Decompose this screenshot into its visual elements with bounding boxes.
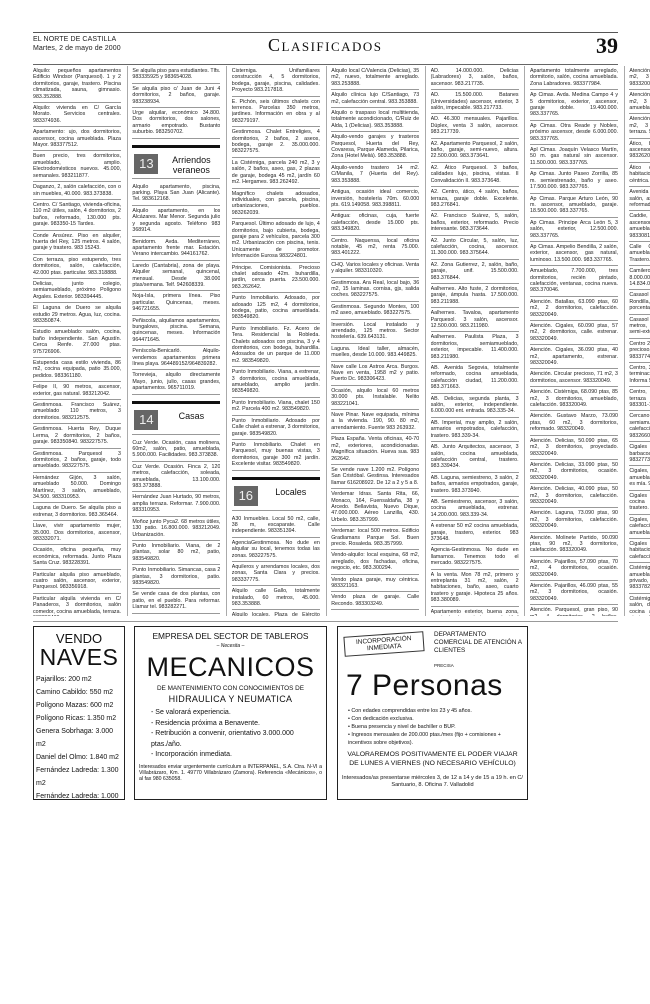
classified-ad: Alquilo apartamento, piscina, parking. P…	[132, 182, 220, 206]
header-masthead: EL NORTE DE CASTILLA Martes, 2 de mayo d…	[33, 35, 121, 53]
classified-ad: A2. Francisco Suárez, 5, salón, baños, e…	[431, 211, 519, 235]
classified-ad: Daganzo, 2, salón calefacción, con o sin…	[33, 182, 121, 200]
classified-ad: Aquileros y arrendamos locales, dos zona…	[232, 562, 320, 586]
classified-ad: Punto Inmobiliario. Adosado, por adosado…	[232, 293, 320, 324]
classified-ad: Punto Inmobiliario. Fz. Acero de Tera. R…	[232, 324, 320, 367]
classified-ad: Atención. Cigales, 36.090 ptas, 40 m2, a…	[530, 345, 618, 369]
section-header: 14Casas	[132, 401, 220, 435]
classified-ad: Apartamento totalmente arreglado, dormit…	[530, 66, 618, 90]
classified-ad: Cigales, 70 m2, 3 salón, cocina amueblad…	[629, 466, 650, 490]
naves-list-item: Fernández Ladreda: 1.300 m2	[36, 764, 124, 790]
classified-ad: Alquilo calle Gallo, totalmente instalad…	[232, 586, 320, 610]
classified-ad: Ocasión, oficina pequeña, muy económica,…	[33, 545, 121, 569]
classified-ad: Se alquila piso c/ Juan de Juni 4 dormit…	[132, 84, 220, 108]
classified-ad: Buen precio, tres dormitorios, amueblado…	[33, 151, 121, 182]
classified-ad: Atención. Laguna, 73.090 ptas, 90 m2, 3 …	[530, 508, 618, 532]
classified-ad: Laguna. Ideal taller, almacén, muelles, …	[331, 344, 419, 362]
classified-ad: Atención. Delicias, 33.090 ptas, 50 m2, …	[530, 460, 618, 484]
classified-ad: A2. Apartamento Parquesol, 2 salón, baño…	[431, 139, 519, 163]
classified-ad: Ap Cimas. Ampelio Bendilla, 2 salón, ext…	[530, 242, 618, 266]
personas-requirement: • Con edades comprendidas entre los 23 y…	[348, 707, 523, 715]
classified-ad: Ocasión, alquilo local 60 metros 30.000 …	[331, 386, 419, 410]
classified-ad: Apartamento exterior, buena zona, garaje…	[431, 607, 519, 616]
classified-ad: Se vende casa de dos plantas, con patio,…	[132, 589, 220, 613]
classified-ad: Atención. Circular precioso, 71 m2, 3 do…	[530, 369, 618, 387]
column-separator	[524, 66, 525, 616]
classified-ad: Alquilo apartamento, en los Alcázares. M…	[132, 206, 220, 237]
classified-ad: Punto Inmobiliario. Viana, chalet 150 m2…	[232, 398, 320, 416]
classified-ad: Ático, buena zona, calefacción, ascensor…	[629, 139, 650, 163]
classified-ad: Antigua, ocasión ideal comercio, inversi…	[331, 187, 419, 211]
classified-ad: Noja-Isla, primera línea. Piso particula…	[132, 291, 220, 315]
classified-ad: Estudio amueblado: salón, cocina, baño i…	[33, 327, 121, 358]
classified-ad: Punto Inmobiliario. Adosado por Calle ch…	[232, 416, 320, 440]
header-divider	[33, 64, 618, 65]
classified-ad: Felipe II, 90 metros, ascensor, exterior…	[33, 382, 121, 400]
page-header: EL NORTE DE CASTILLA Martes, 2 de mayo d…	[33, 32, 618, 64]
classified-ad: Punto Inmobiliario. Chalet en Parquesol,…	[232, 440, 320, 471]
classified-ad: Peñiscola, alquilamos apartamentos, bung…	[132, 316, 220, 347]
classified-ad: Se alquila piso para estudiantes. Tlfs. …	[132, 66, 220, 84]
classified-ad: Alquilo-vendo garajes y trasteros Parque…	[331, 132, 419, 163]
classified-ad: Gestinmosa. Segundo Montes, 100 m2 aseo,…	[331, 302, 419, 320]
section-header: 13Arriendos veraneos	[132, 145, 220, 179]
classified-ad: Atención. Batallas, 63.090 ptas, 60 m2, …	[530, 297, 618, 321]
classified-ad: Ático dúplex 17.400.000, tres habitacion…	[629, 163, 650, 187]
classified-ad: Atención. Delicias, 50.090 ptas, 65 m2, …	[530, 436, 618, 460]
personas-valoraremos: VALORAREMOS POSITIVAMENTE EL PODER VIAJA…	[342, 751, 523, 768]
classified-ad: Conde Ansúrez. Piso en alquiler, huerta …	[33, 231, 121, 255]
classified-ad: Alquilo: pequeños apartamentos Edificio …	[33, 66, 121, 103]
classified-ad: Nave calle Los Astros Arca. Burgos. Nave…	[331, 362, 419, 386]
mecanicos-needs: – Necesita –	[135, 643, 326, 649]
classified-ad: Centro, 3, salón, 80 m2, baño, aseo, ter…	[629, 363, 650, 387]
classified-ad: Atención. Delicias, 40.090 ptas, 50 m2, …	[530, 484, 618, 508]
mecanicos-footer: Interesados enviar urgentemente currícul…	[135, 761, 326, 783]
classified-ad: Cuz Verde. Ocasión, casa molinera, 60m2,…	[132, 438, 220, 462]
naves-list-item: Pajarillos: 200 m2	[36, 673, 124, 686]
section-number: 13	[134, 154, 158, 174]
classified-ad: Ap Cimas. Principe Arca León 5, 3 salón,…	[530, 218, 618, 242]
section-name: Casas	[162, 411, 220, 421]
naves-list-item: Camino Cabildo: 550 m2	[36, 686, 124, 699]
classified-ad: Centro 26.900.000, ocasión, exterior, pr…	[629, 339, 650, 363]
classified-ad: A2. Zona Gutierrez, 2, salón, baño, gara…	[431, 260, 519, 284]
classified-ad: Principe. Comisionista. Precioso chalet …	[232, 263, 320, 294]
classified-ad: Vendo-alquilo: local esquina, 68 m2, arr…	[331, 550, 419, 574]
classified-ad: Punto Inmobiliario. Viana, a estrenar, 3…	[232, 367, 320, 398]
ads-divider	[33, 621, 618, 622]
classified-ad: Plaza España. Venta oficinas, 40-70 m2, …	[331, 434, 419, 465]
classified-ad: Vendo plaza garaje, muy céntrica. 983321…	[331, 575, 419, 593]
mecanicos-requirement: - Se valorará experiencia.	[151, 708, 326, 719]
column-separator	[326, 66, 327, 616]
naves-list-item: Polígono Ricas: 1.350 m2	[36, 712, 124, 725]
naves-list-item: Genera Sobrhaga: 3.000 m2	[36, 725, 124, 751]
classified-ad: AB. Delicias, segunda planta, 3 salón, e…	[431, 394, 519, 418]
classified-ad: Benidorm. Avda. Mediterráneo, apartament…	[132, 237, 220, 261]
classified-ad: Ap Cimas. Junto Paseo Zorrilla, 85 m. se…	[530, 169, 618, 193]
classified-ad: Amueblado, 7.700.000, tres dormitorios, …	[530, 266, 618, 297]
classified-ad: Torrevieja, alquilo directamente Mayo, j…	[132, 370, 220, 394]
classified-ad: Hernández Juan Hurtado, 90 metros, ampli…	[132, 492, 220, 516]
classified-ad: Urge alquilar, económico 34.800. Dos dor…	[132, 108, 220, 139]
classified-ad: Peníscola-Benicarló. Alquilo-vendemos ap…	[132, 346, 220, 370]
classified-ad: AD. 46.300 mensuales. Pajarillos. Dúplex…	[431, 114, 519, 138]
classified-ad: A estrenar 50 m2 cocina amueblada, garaj…	[431, 521, 519, 545]
classified-ad: Ap Cimas. Parque Arturo León, 90 m. asce…	[530, 194, 618, 218]
classified-ad: Gestinmosa. Parquesol 3 dormitorios, 2 b…	[33, 449, 121, 473]
personas-requirement: • Buena presencia y nivel de bachiller o…	[348, 723, 523, 731]
classified-ad: Alquilo-vendo trastero 14 m2. C/Manila, …	[331, 163, 419, 187]
classified-ad: AD. 15.500.000. Batanes (Universidades) …	[431, 90, 519, 114]
column-6: Apartamento totalmente arreglado, dormit…	[530, 66, 618, 616]
classified-ad: CHQ. Varios locales y oficinas. Venta y …	[331, 260, 419, 278]
classified-ad: Avenida Segovia, 8.000.000, 3, salón, as…	[629, 187, 650, 211]
classified-ad: Cercano Plaza Colón, 3 dormitorios, semi…	[629, 411, 650, 442]
classified-ad: Gestinmosa. Ara Real, local bajo, 36 m2,…	[331, 278, 419, 302]
classified-ad: Verdemar Idras. Santa Rita, 66, Monaco, …	[331, 489, 419, 526]
classified-ad: Cigales 6.000.000, piscina, jardín, barb…	[629, 442, 650, 466]
classified-ad: Atención. Pajarillos, 57.090 ptas, 70 m2…	[530, 557, 618, 581]
classified-ad: Centro. Naquensa, local oficina notable,…	[331, 236, 419, 260]
ad-7-personas: INCORPORACIÓN INMEDIATA DEPARTAMENTO COM…	[337, 626, 528, 800]
classified-ad: Cigales 5.000.000. Dos dormitorios, coci…	[629, 491, 650, 515]
mecanicos-requirement: - Retribución a convenir, orientativo 3.…	[151, 729, 326, 750]
classified-ad: Inversión. Local instalado y arrendado, …	[331, 320, 419, 344]
ad-mecanicos: EMPRESA DEL SECTOR DE TABLEROS – Necesit…	[134, 626, 327, 800]
column-2: Se alquila piso para estudiantes. Tlfs. …	[132, 66, 220, 616]
classified-ad: Atención. Cigales, 60.090 ptas, 57 m2, 2…	[530, 321, 618, 345]
classified-ad: Cisterniga. Unifamiliares construcción 4…	[232, 66, 320, 97]
classified-ad: Apartamento: ujo, dos dormitorios, ascen…	[33, 127, 121, 151]
classified-ad: Llave, vivir apartamento mujer, 35.000. …	[33, 521, 121, 545]
section-title: Clasificados	[268, 35, 383, 56]
classified-ad: Camilero Rueda, tres dormitorios, 8.000.…	[629, 266, 650, 290]
naves-list-item: Polígono Mazas: 600 m2	[36, 699, 124, 712]
classified-ad: Alquilo local C/Valencia (Delicias), 35 …	[331, 66, 419, 90]
classified-ad: Atención. Cistérniga, 68.090 ptas, 85 m2…	[530, 387, 618, 411]
classified-ad: A2. Junto Circular, 5, salón, luz, calef…	[431, 236, 519, 260]
classified-ad: Magnífico chalets adosados, individuales…	[232, 189, 320, 220]
personas-requirements: • Con edades comprendidas entre los 23 y…	[348, 707, 523, 747]
mecanicos-company: EMPRESA DEL SECTOR DE TABLEROS	[135, 631, 326, 641]
classified-ad: Alquilo locales. Plaza de Ejército frent…	[232, 610, 320, 616]
section-name: Locales	[262, 487, 320, 497]
classified-ad: Caddie, 3, salón, calefacción, ascensor,…	[629, 211, 650, 242]
classified-ad: Laredo (Cantabria), zona de playa. Alqui…	[132, 261, 220, 292]
classified-ad: Atención. Pajarillos, 46.090 ptas, 55 m2…	[530, 581, 618, 605]
classified-ad: Cigales, 10.000.000, 3, salón, calefacci…	[629, 515, 650, 539]
naves-list-item: Daniel del Olmo: 1.840 m2	[36, 751, 124, 764]
mecanicos-subtitle: DE MANTENIMIENTO CON CONOCIMIENTOS DE	[135, 685, 326, 692]
classified-ad: Alquilo o traspaso local multitienda, to…	[331, 108, 419, 132]
personas-department: DEPARTAMENTO COMERCIAL DE ATENCIÓN A CLI…	[434, 631, 524, 655]
personas-contact: Interesados/as presentarse miércoles 3, …	[342, 775, 523, 789]
classified-ad: E. Pichón, seis últimos chalets con terr…	[232, 97, 320, 128]
classified-ad: Gestinmosa. Huerta Rey, Duque Lerma, 2 d…	[33, 424, 121, 448]
mecanicos-requirements: - Se valorará experiencia.- Residencia p…	[135, 708, 326, 761]
classified-ad: A la venta. Mon 78 m2, primero y entrepl…	[431, 570, 519, 607]
publication-date: Martes, 2 de mayo de 2000	[33, 44, 121, 53]
classified-ad: Centro, calle Imperial, 3 salón, terraza…	[629, 387, 650, 411]
publication-name: EL NORTE DE CASTILLA	[33, 35, 121, 44]
classified-ad: Particular alquila vivienda en C/ Panade…	[33, 594, 121, 616]
classified-columns: Alquilo: pequeños apartamentos Edificio …	[33, 66, 618, 616]
section-number: 14	[134, 410, 158, 430]
column-1: Alquilo: pequeños apartamentos Edificio …	[33, 66, 121, 616]
mecanicos-title: MECANICOS	[135, 652, 326, 683]
classified-ad: Laguna de Duero. Se alquila piso a estre…	[33, 503, 121, 521]
classified-ad: Vendemos casas lugares, Villanueva de la…	[132, 614, 220, 616]
classified-ad: Vendo plaza de garaje. Calle Recondo. 98…	[331, 592, 419, 610]
classified-ad: Cistérniga, 2 salón, cocina amueblada, g…	[629, 563, 650, 594]
column-4: Alquilo local C/Valencia (Delicias), 35 …	[331, 66, 419, 616]
newspaper-page: EL NORTE DE CASTILLA Martes, 2 de mayo d…	[0, 0, 650, 1004]
personas-title: 7 Personas	[346, 669, 503, 703]
classified-ad: Cigales 12.000.000 amplias habitaciones,…	[629, 539, 650, 563]
classified-ad: AB. Junto Arquitectos, ascensor, 3 salón…	[431, 442, 519, 473]
classified-ad: AB. Avenida Segovia, totalmente reformad…	[431, 363, 519, 394]
classified-ad: Atención. Parquesol, gran piso, 90 m2, 4…	[530, 605, 618, 616]
classified-ad: Casasol 983317754. Centro, 140 metros, a…	[629, 315, 650, 339]
classified-ad: AB. Imperial, muy amplio, 2 salón, armar…	[431, 418, 519, 442]
classified-ad: Alquilo clínica lujo C/Santiago, 73 m2, …	[331, 90, 419, 108]
column-5: AD. 14.000.000. Delicias (Labradores) 3,…	[431, 66, 519, 616]
classified-ad: AB. Semiestreno, ascensor, 3 salón, coci…	[431, 497, 519, 521]
classified-ad: Verdemar: local 500 metros. Edificio Gra…	[331, 526, 419, 550]
classified-ad: La Cistérniga, parcela 240 m2, 3 y salón…	[232, 158, 320, 189]
classified-ad: AB. Laguna, semiestreno, 3 salón, 2 baño…	[431, 473, 519, 497]
classified-ad: Cistérniga. Últimos apartamentos, 2 saló…	[629, 594, 650, 616]
section-number: 16	[234, 486, 258, 506]
classified-ad: AgenciaGestinmosa. No dude en alquilar s…	[232, 538, 320, 562]
classified-ad: Atención. Pajarillos, 60.000 ptas, 73 m2…	[629, 90, 650, 114]
classified-ad: Atención. Gustavo Marzo, 73.090 ptas, 60…	[530, 411, 618, 435]
classified-ad: Agencia-Gestinmosa. No dude en llamarnos…	[431, 545, 519, 569]
classified-ad: Atención. Rondilla, 52.000 ptas, 50 m2, …	[629, 66, 650, 90]
classified-ad: A30 Inmuebles. Local 50 m2, calle, 38 m,…	[232, 514, 320, 538]
classified-ad: Parquesol. Último adosado de lujo, 4 dor…	[232, 219, 320, 262]
classified-ad: Aalhernes. Tavaloa, apartamento Parqueso…	[431, 308, 519, 332]
classified-ad: Ap Cimas. Otra Reade y Nobles, próximo a…	[530, 121, 618, 145]
classified-ad: Estupenda casa estilo vivienda, 86 m2, c…	[33, 358, 121, 382]
classified-ad: Gestinmosa. Chalet Entreligies, 4 dormit…	[232, 127, 320, 158]
classified-ad: Moñoz junto Pyca2. 68 metros útiles, 130…	[132, 517, 220, 541]
classified-ad: A2. Ático Parquesol. 3 baños, calidades …	[431, 163, 519, 187]
naves-list-item: Fernández Ladreda: 1.000 m2	[36, 790, 124, 800]
classified-ad: Gestinmosa. Francisco Suárez, amueblado …	[33, 400, 121, 424]
classified-ad: Se vende nave 1.200 m2. Polígono San Cri…	[331, 465, 419, 489]
classified-ad: Calle Gallo, 3, salón, Centro amueblada.…	[629, 242, 650, 266]
classified-ad: Cuz Verde. Ocasión. Finca 2, 120 metros,…	[132, 462, 220, 493]
mecanicos-requirement: - Incorporación inmediata.	[151, 750, 326, 761]
section-header: 16Locales	[232, 477, 320, 511]
column-separator	[425, 66, 426, 616]
classified-ad: Alquilo: vivienda en C/ García Morato. S…	[33, 103, 121, 127]
classified-ad: Antigua: oficinas, cuja, fuerte calefacc…	[331, 211, 419, 235]
classified-ad: El Laguna de Duero se alquila estudio 29…	[33, 303, 121, 327]
column-separator	[226, 66, 227, 616]
naves-list: Pajarillos: 200 m2Camino Cabildo: 550 m2…	[34, 673, 124, 800]
classified-ad: Nave Pinar. Nave equipada, mínima a la v…	[331, 410, 419, 434]
classified-ad: Casasol 983317754. Delicias, Rondilla, N…	[629, 290, 650, 314]
column-separator	[624, 66, 625, 616]
personas-requirement: • Con dedicación exclusiva.	[348, 715, 523, 723]
classified-ad: Atención. Victoria, 51.000 ptas, 55 m2, …	[629, 114, 650, 138]
classified-ad: A2. Centro, ático, 4 salón, baños, terra…	[431, 187, 519, 211]
section-name: Arriendos veraneos	[162, 155, 220, 175]
classified-ad: Ap Cimas. Avda. Medina Campo 4 y 5 dormi…	[530, 90, 618, 121]
personas-stamp: INCORPORACIÓN INMEDIATA	[343, 631, 424, 657]
mecanicos-speciality: HIDRAULICA Y NEUMATICA	[135, 694, 326, 704]
column-3: Cisterniga. Unifamiliares construcción 4…	[232, 66, 320, 616]
classified-ad: Hernández Gijón, 3 salón, amueblado 50.0…	[33, 473, 121, 504]
personas-requirement: • Ingresos mensuales de 200.000 ptas./me…	[348, 731, 523, 747]
personas-precisa: PRECISA	[434, 663, 454, 668]
classified-ad: Atención. Molinete Partido, 90.090 ptas,…	[530, 533, 618, 557]
classified-ad: Aalhernes. Paulista Plaza, 3 dormitorios…	[431, 332, 519, 363]
classified-ad: Delicias, junto colegio, semiamueblado, …	[33, 279, 121, 303]
classified-ad: Particular alquila piso amueblado, cuatr…	[33, 570, 121, 594]
naves-line2: NAVES	[34, 645, 124, 669]
classified-ad: Punto Inmobiliario. Simancas, casa 2 pla…	[132, 565, 220, 589]
classified-ad: Con terraza, piso estupendo, tres dormit…	[33, 255, 121, 279]
page-number: 39	[596, 33, 618, 59]
classified-ad: Punto Inmobiliario. Viana, de 2 plantas,…	[132, 541, 220, 565]
classified-ad: Centro. C/ Santiago, vivienda-oficina, 1…	[33, 200, 121, 231]
mecanicos-requirement: - Residencia próxima a Benavente.	[151, 719, 326, 730]
classified-ad: Apl Cimas. Joaquín Velasco Martín, 50 m.…	[530, 145, 618, 169]
column-7: Atención. Rondilla, 52.000 ptas, 50 m2, …	[629, 66, 650, 616]
classified-ad: AD. 14.000.000. Delicias (Labradores) 3,…	[431, 66, 519, 90]
classified-ad: Aalhernes. Alto fuste, 2 dormitorios, ga…	[431, 284, 519, 308]
column-separator	[127, 66, 128, 616]
ad-vendo-naves: VENDO NAVES Pajarillos: 200 m2Camino Cab…	[33, 626, 125, 800]
